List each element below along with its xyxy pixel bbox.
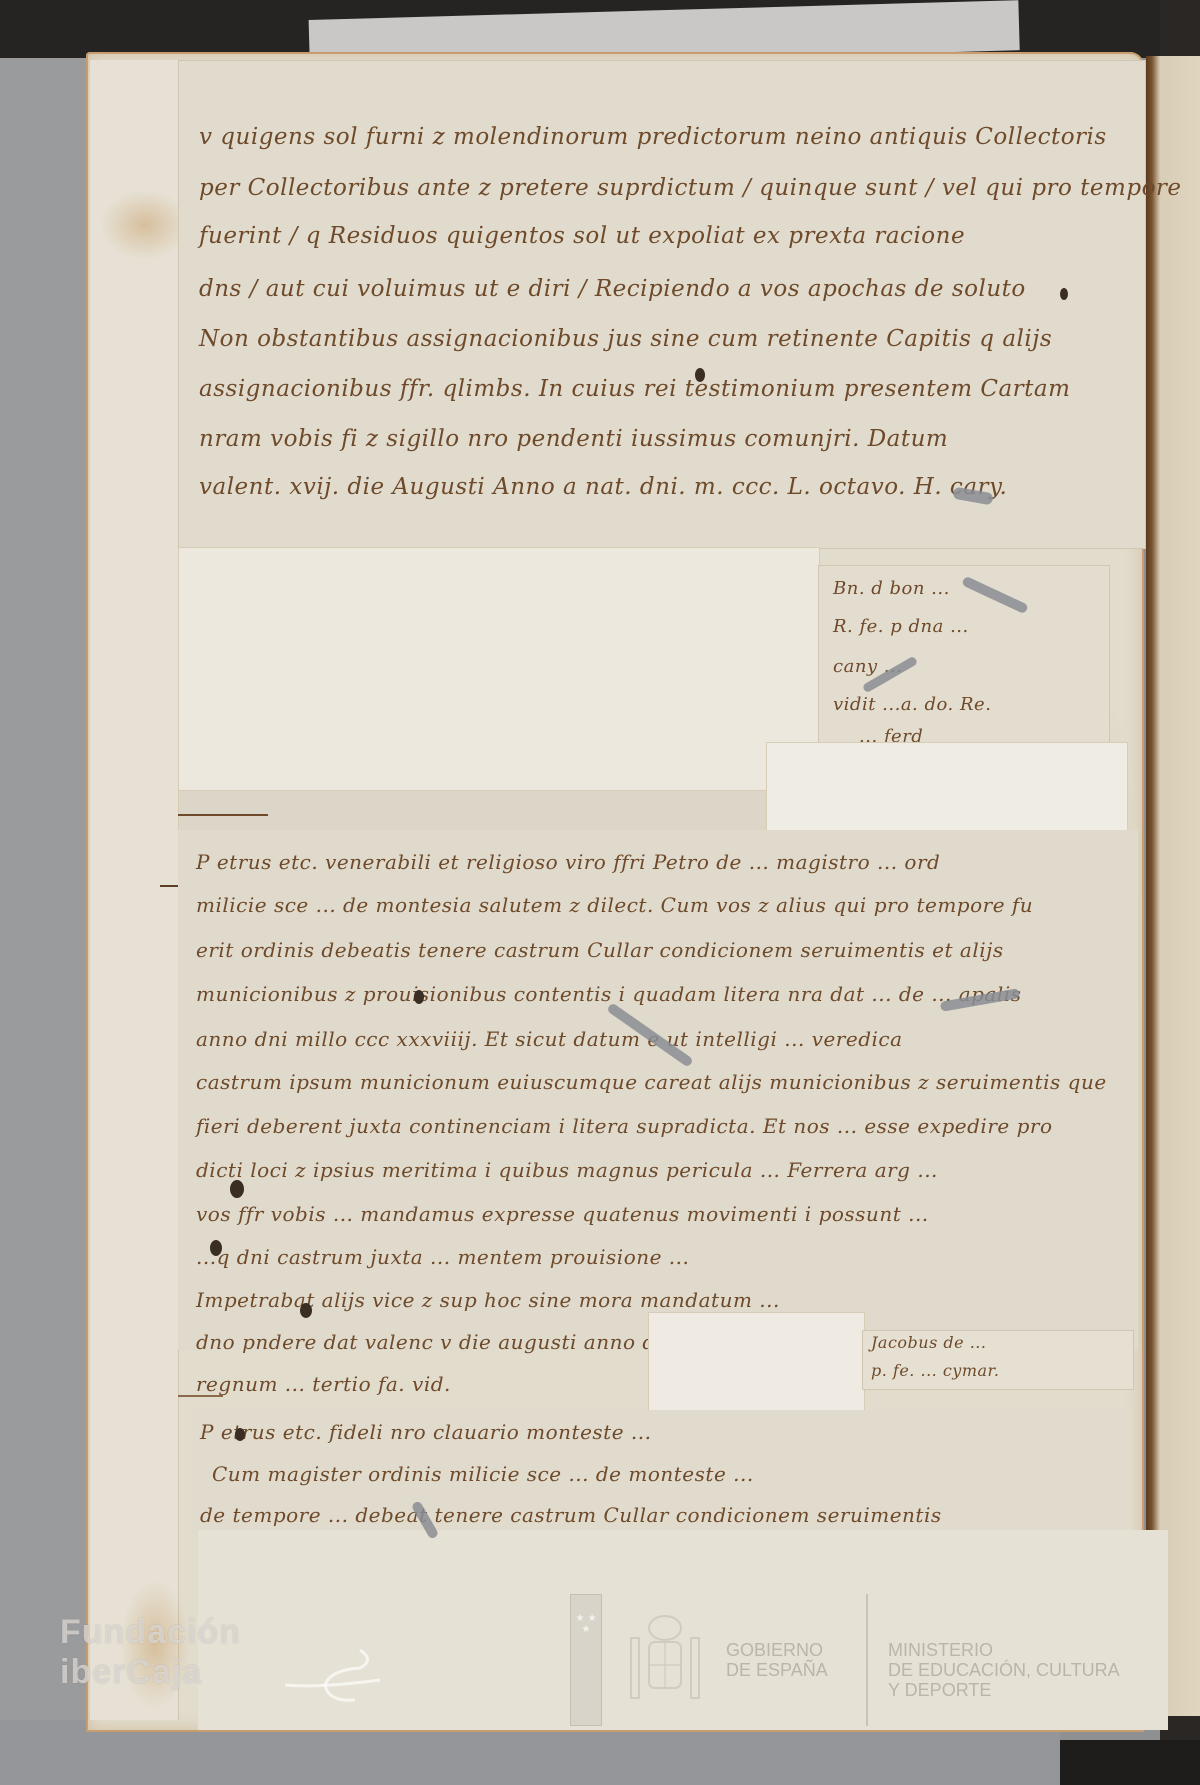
text-line: R. fe. p dna ... bbox=[833, 616, 969, 637]
gobierno-de-espana-watermark: GOBIERNO DE ESPAÑA bbox=[726, 1640, 828, 1680]
text-line: dns / aut cui voluimus ut e diri / Recip… bbox=[199, 276, 1026, 302]
text-line: milicie sce ... de montesia salutem z di… bbox=[196, 893, 1033, 917]
spain-flag-bar-icon: ★ ★ ★ bbox=[570, 1594, 602, 1726]
worm-hole bbox=[210, 1240, 222, 1256]
text-line: vos ffr vobis ... mandamus expresse quat… bbox=[196, 1202, 929, 1226]
text-line: castrum ipsum municionum euiuscumque car… bbox=[196, 1070, 1107, 1094]
foxing-stain bbox=[100, 190, 190, 260]
grey-background-left bbox=[0, 58, 90, 1785]
margin-mark bbox=[160, 885, 178, 887]
text-line: Bn. d bon ... bbox=[833, 578, 950, 599]
worm-hole bbox=[230, 1180, 244, 1198]
worm-hole bbox=[695, 368, 705, 382]
text-line: fieri deberent juxta continenciam i lite… bbox=[196, 1114, 1052, 1138]
left-margin-repair-strip bbox=[90, 60, 179, 1720]
watermark-line: Y DEPORTE bbox=[888, 1680, 1120, 1700]
repair-patch-right bbox=[766, 742, 1128, 834]
watermark-divider bbox=[866, 1594, 868, 1726]
text-line: de tempore ... debeat tenere castrum Cul… bbox=[200, 1503, 942, 1527]
section-4-text-block: P etrus etc. fideli nro clauario montest… bbox=[192, 1410, 1132, 1540]
text-line: assignacionibus ffr. qlimbs. In cuius re… bbox=[199, 376, 1070, 402]
worm-hole bbox=[1060, 288, 1068, 300]
text-line: vidit ...a. do. Re. bbox=[833, 694, 991, 715]
text-line: municionibus z prouisionibus contentis i… bbox=[196, 982, 1021, 1006]
text-line: dicti loci z ipsius meritima i quibus ma… bbox=[196, 1158, 938, 1182]
section-1-text-block: v quigens sol furni z molendinorum predi… bbox=[178, 60, 1146, 549]
blank-repair-patch bbox=[178, 547, 820, 794]
watermark-line: iberCaja bbox=[60, 1652, 241, 1692]
text-line: Cum magister ordinis milicie sce ... de … bbox=[212, 1462, 754, 1486]
worm-hole bbox=[414, 990, 424, 1004]
section-2-fragment: Bn. d bon ... R. fe. p dna ... cany ... … bbox=[818, 565, 1110, 757]
watermark-line: GOBIERNO bbox=[726, 1640, 828, 1660]
worm-hole bbox=[300, 1303, 312, 1318]
watermark-line: MINISTERIO bbox=[888, 1640, 1120, 1660]
text-line: anno dni millo ccc xxxviiij. Et sicut da… bbox=[196, 1027, 903, 1051]
text-line: erit ordinis debeatis tenere castrum Cul… bbox=[196, 938, 1004, 962]
text-line: v quigens sol furni z molendinorum predi… bbox=[199, 124, 1107, 150]
signature-line: Jacobus de ... bbox=[871, 1333, 986, 1352]
adjacent-page-edge bbox=[1146, 56, 1200, 1716]
ibercaja-logo-icon bbox=[280, 1640, 390, 1710]
text-line: per Collectoribus ante z pretere suprdic… bbox=[199, 175, 1182, 201]
separator-rule bbox=[178, 1395, 223, 1397]
watermark-line: DE EDUCACIÓN, CULTURA bbox=[888, 1660, 1120, 1680]
ministerio-watermark: MINISTERIO DE EDUCACIÓN, CULTURA Y DEPOR… bbox=[888, 1640, 1120, 1700]
repair-patch-edge bbox=[178, 790, 820, 832]
signature-line: p. fe. ... cymar. bbox=[871, 1361, 1000, 1380]
text-line: Non obstantibus assignacionibus jus sine… bbox=[199, 326, 1052, 352]
text-line: fuerint / q Residuos quigentos sol ut ex… bbox=[199, 223, 965, 249]
blank-repair-patch bbox=[648, 1312, 865, 1422]
text-line: Impetrabat alijs vice z sup hoc sine mor… bbox=[196, 1288, 780, 1312]
text-line: valent. xvij. die Augusti Anno a nat. dn… bbox=[199, 474, 1007, 500]
text-line: nram vobis fi z sigillo nro pendenti ius… bbox=[199, 426, 948, 452]
text-line: P etrus etc. venerabili et religioso vir… bbox=[196, 850, 940, 874]
flag-stars: ★ ★ ★ bbox=[571, 1613, 601, 1635]
text-line: regnum ... tertio fa. vid. bbox=[196, 1372, 451, 1396]
section-3-text-block: P etrus etc. venerabili et religioso vir… bbox=[178, 830, 1138, 1350]
dark-background-bottom-right bbox=[1060, 1740, 1200, 1785]
worm-hole bbox=[235, 1428, 245, 1441]
spain-coat-of-arms-icon bbox=[625, 1610, 705, 1705]
text-line: ...q dni castrum juxta ... mentem prouis… bbox=[196, 1245, 689, 1269]
section-3-signature: Jacobus de ... p. fe. ... cymar. bbox=[862, 1330, 1134, 1390]
separator-rule bbox=[178, 814, 268, 816]
fundacion-ibercaja-watermark: Fundación iberCaja bbox=[60, 1612, 241, 1692]
watermark-line: Fundación bbox=[60, 1612, 241, 1652]
watermark-line: DE ESPAÑA bbox=[726, 1660, 828, 1680]
text-line: P etrus etc. fideli nro clauario montest… bbox=[200, 1420, 651, 1444]
